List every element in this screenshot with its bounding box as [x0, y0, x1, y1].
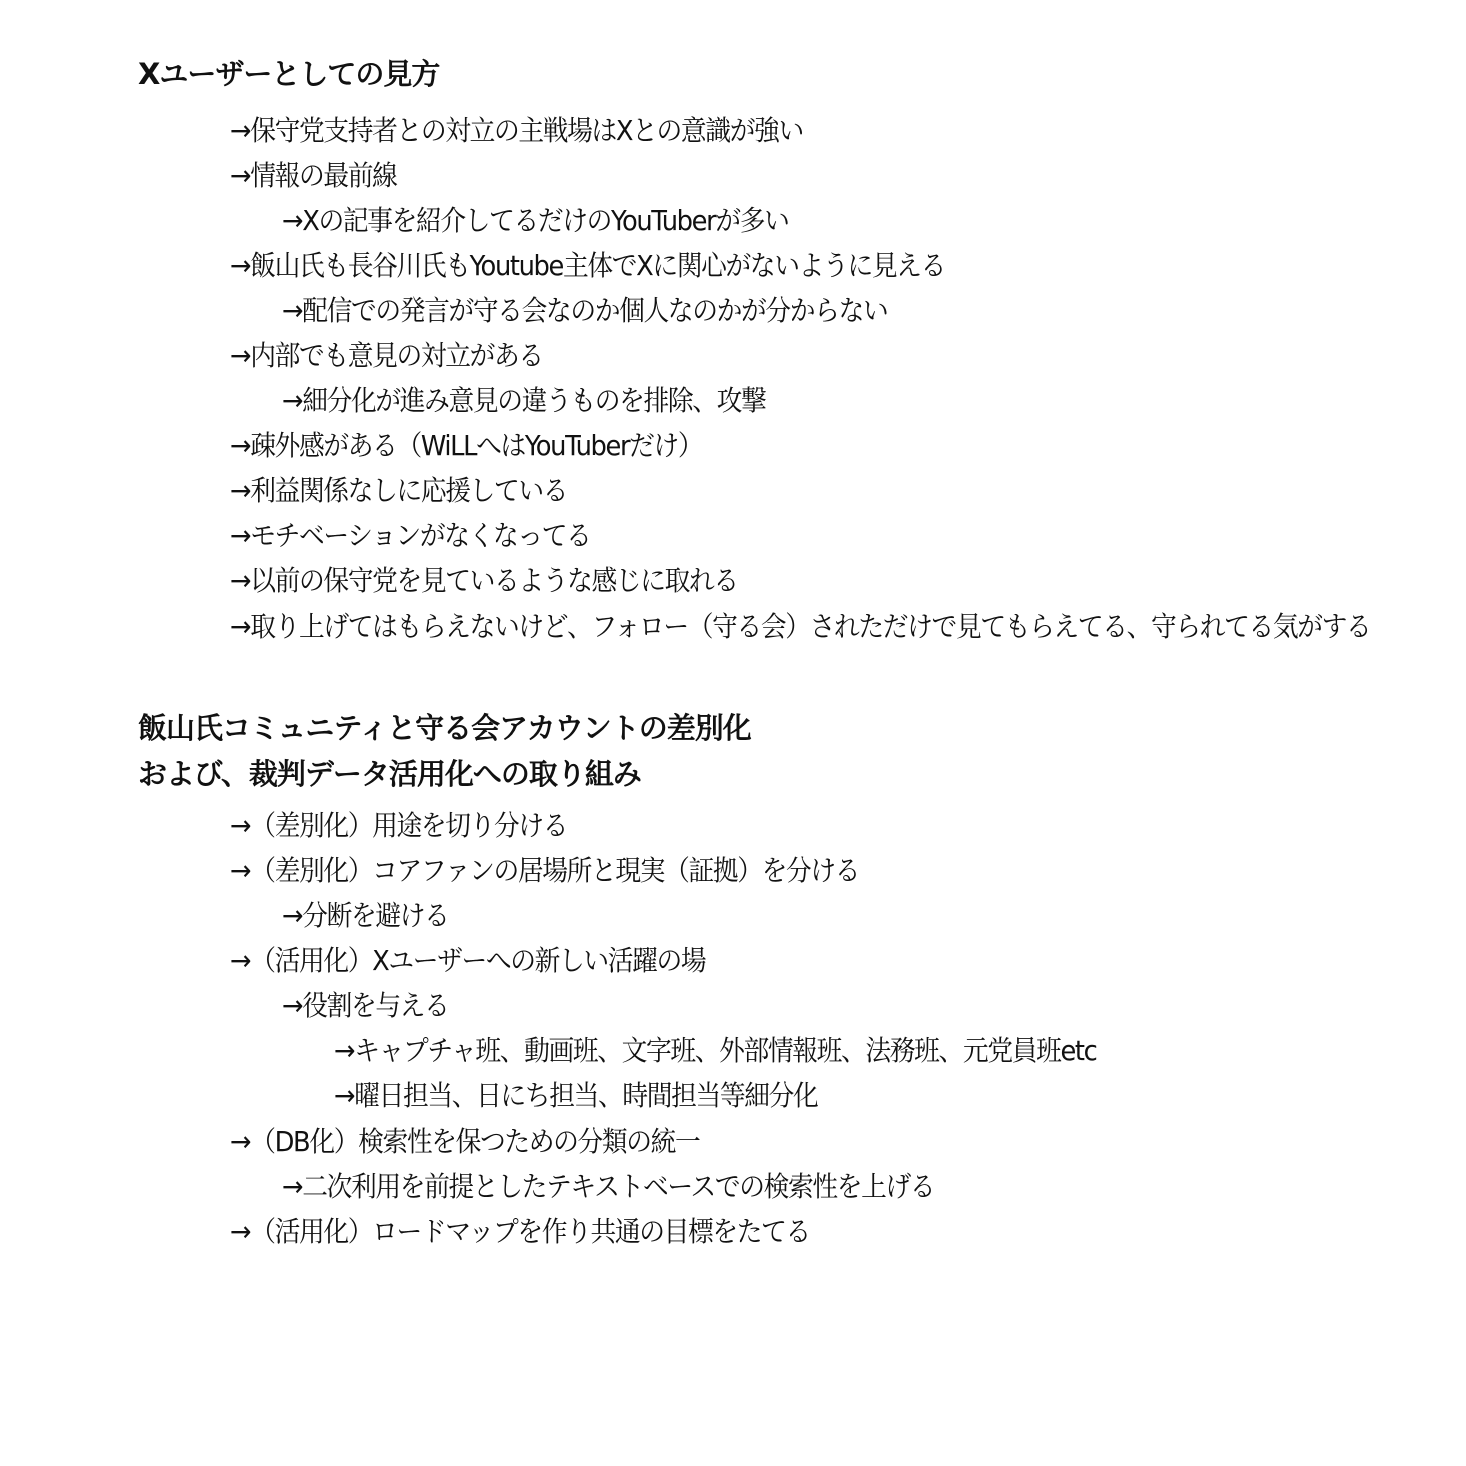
section-heading: Xユーザーとしての見方: [138, 51, 439, 97]
list-item: →（活用化）Xユーザーへの新しい活躍の場: [230, 938, 705, 983]
list-item: →（差別化）コアファンの居場所と現実（証拠）を分ける: [230, 848, 859, 893]
list-item: →保守党支持者との対立の主戦場はXとの意識が強い: [230, 108, 803, 153]
list-item: →（活用化）ロードマップを作り共通の目標をたてる: [230, 1209, 810, 1254]
list-item: →内部でも意見の対立がある: [230, 333, 543, 378]
list-item: →疎外感がある（WiLLへはYouTuberだけ）: [230, 423, 702, 468]
list-item: →二次利用を前提としたテキストベースでの検索性を上げる: [282, 1164, 934, 1209]
list-item: →曜日担当、日にち担当、時間担当等細分化: [334, 1073, 817, 1118]
list-item: →（DB化）検索性を保つための分類の統一: [230, 1119, 699, 1164]
list-item: →細分化が進み意見の違うものを排除、攻撃: [282, 378, 765, 423]
section-heading-line2: および、裁判データ活用化への取り組み: [138, 751, 641, 797]
list-item: →取り上げてはもらえないけど、フォロー（守る会）されただけで見てもらえてる、守ら…: [230, 604, 1370, 649]
list-item: →利益関係なしに応援している: [230, 468, 567, 513]
list-item: →以前の保守党を見ているような感じに取れる: [230, 558, 738, 603]
section-heading-line1: 飯山氏コミュニティと守る会アカウントの差別化: [138, 705, 751, 751]
list-item: →モチベーションがなくなってる: [230, 513, 590, 558]
list-item: →情報の最前線: [230, 153, 396, 198]
list-item: →Xの記事を紹介してるだけのYouTuberが多い: [282, 198, 788, 243]
list-item: →（差別化）用途を切り分ける: [230, 803, 567, 848]
list-item: →分断を避ける: [282, 893, 448, 938]
list-item: →飯山氏も長谷川氏もYoutube主体でXに関心がないように見える: [230, 243, 945, 288]
list-item: →キャプチャ班、動画班、文字班、外部情報班、法務班、元党員班etc: [334, 1028, 1096, 1073]
list-item: →役割を与える: [282, 983, 448, 1028]
list-item: →配信での発言が守る会なのか個人なのかが分からない: [282, 288, 887, 333]
